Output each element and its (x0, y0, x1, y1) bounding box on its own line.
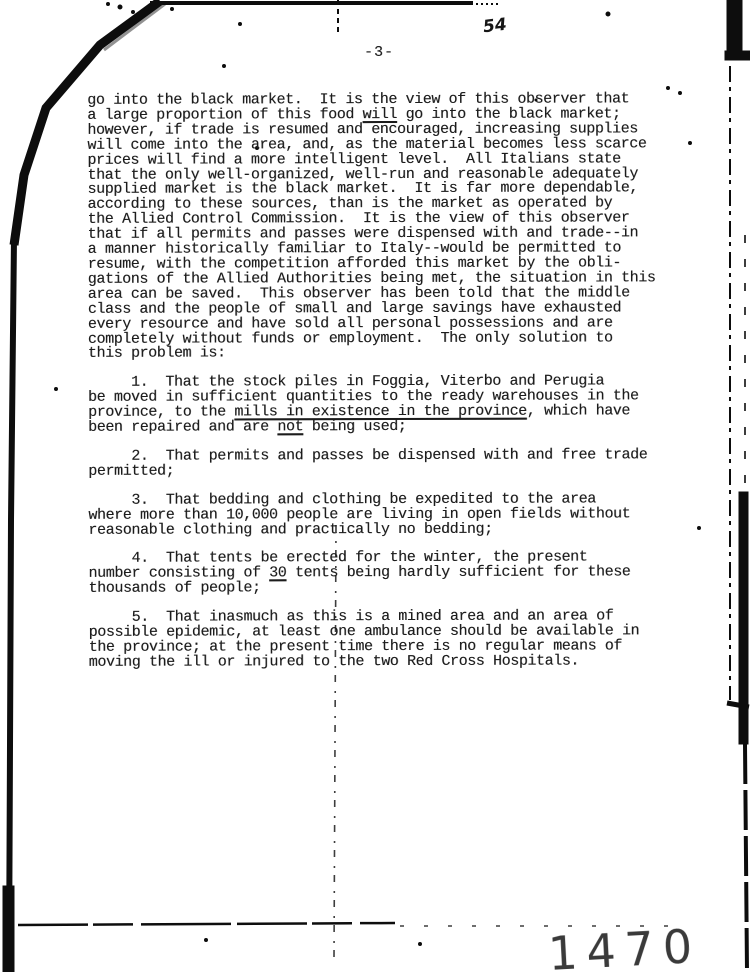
document-body: go into the black market. It is the view… (87, 92, 719, 670)
text-line: this problem is: (88, 346, 718, 363)
text-line: permitted; (88, 463, 718, 480)
text-line: thousands of people; (89, 580, 719, 597)
bottom-partial-line: Colonel. The rank major gener-- -- (152, 947, 505, 959)
paragraph: 5. That inasmuch as this is a mined area… (89, 609, 719, 670)
right-page-edge (739, 492, 748, 744)
text-line: 2. That permits and passes be dispensed … (88, 448, 718, 465)
paragraph: 2. That permits and passes be dispensed … (88, 448, 718, 479)
paragraph: 3. That bedding and clothing be expedite… (88, 492, 718, 538)
handwritten-bottom-mark: 1470 (547, 917, 739, 972)
scanned-document-page: 54 -3- go into the black market. It is t… (0, 0, 750, 972)
paragraph: 1. That the stock piles in Foggia, Viter… (88, 374, 718, 435)
text-line: been repaired and are not being used; (88, 419, 718, 436)
left-page-edge (9, 238, 14, 972)
text-line: reasonable clothing and practically no b… (88, 522, 718, 539)
horizontal-crease (18, 923, 395, 925)
paragraph: 4. That tents be erected for the winter,… (88, 551, 718, 597)
bottom-left-blot (3, 886, 14, 972)
page-number: -3- (364, 44, 394, 61)
top-right-blot (727, 0, 742, 55)
text-line: moving the ill or injured to the two Red… (89, 654, 719, 671)
handwritten-top-mark: 54 (482, 15, 508, 38)
paragraph: go into the black market. It is the view… (87, 92, 718, 362)
